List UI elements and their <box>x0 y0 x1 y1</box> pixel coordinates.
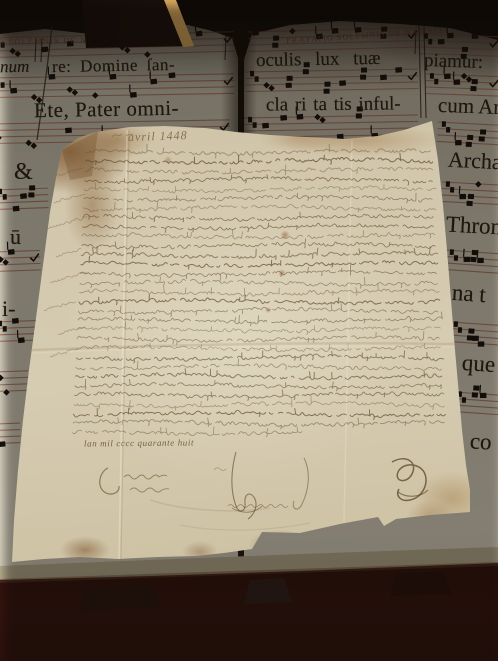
photo-scene: IO SOLEMNIS DE NATIVITATE num re: Domine… <box>0 0 498 661</box>
